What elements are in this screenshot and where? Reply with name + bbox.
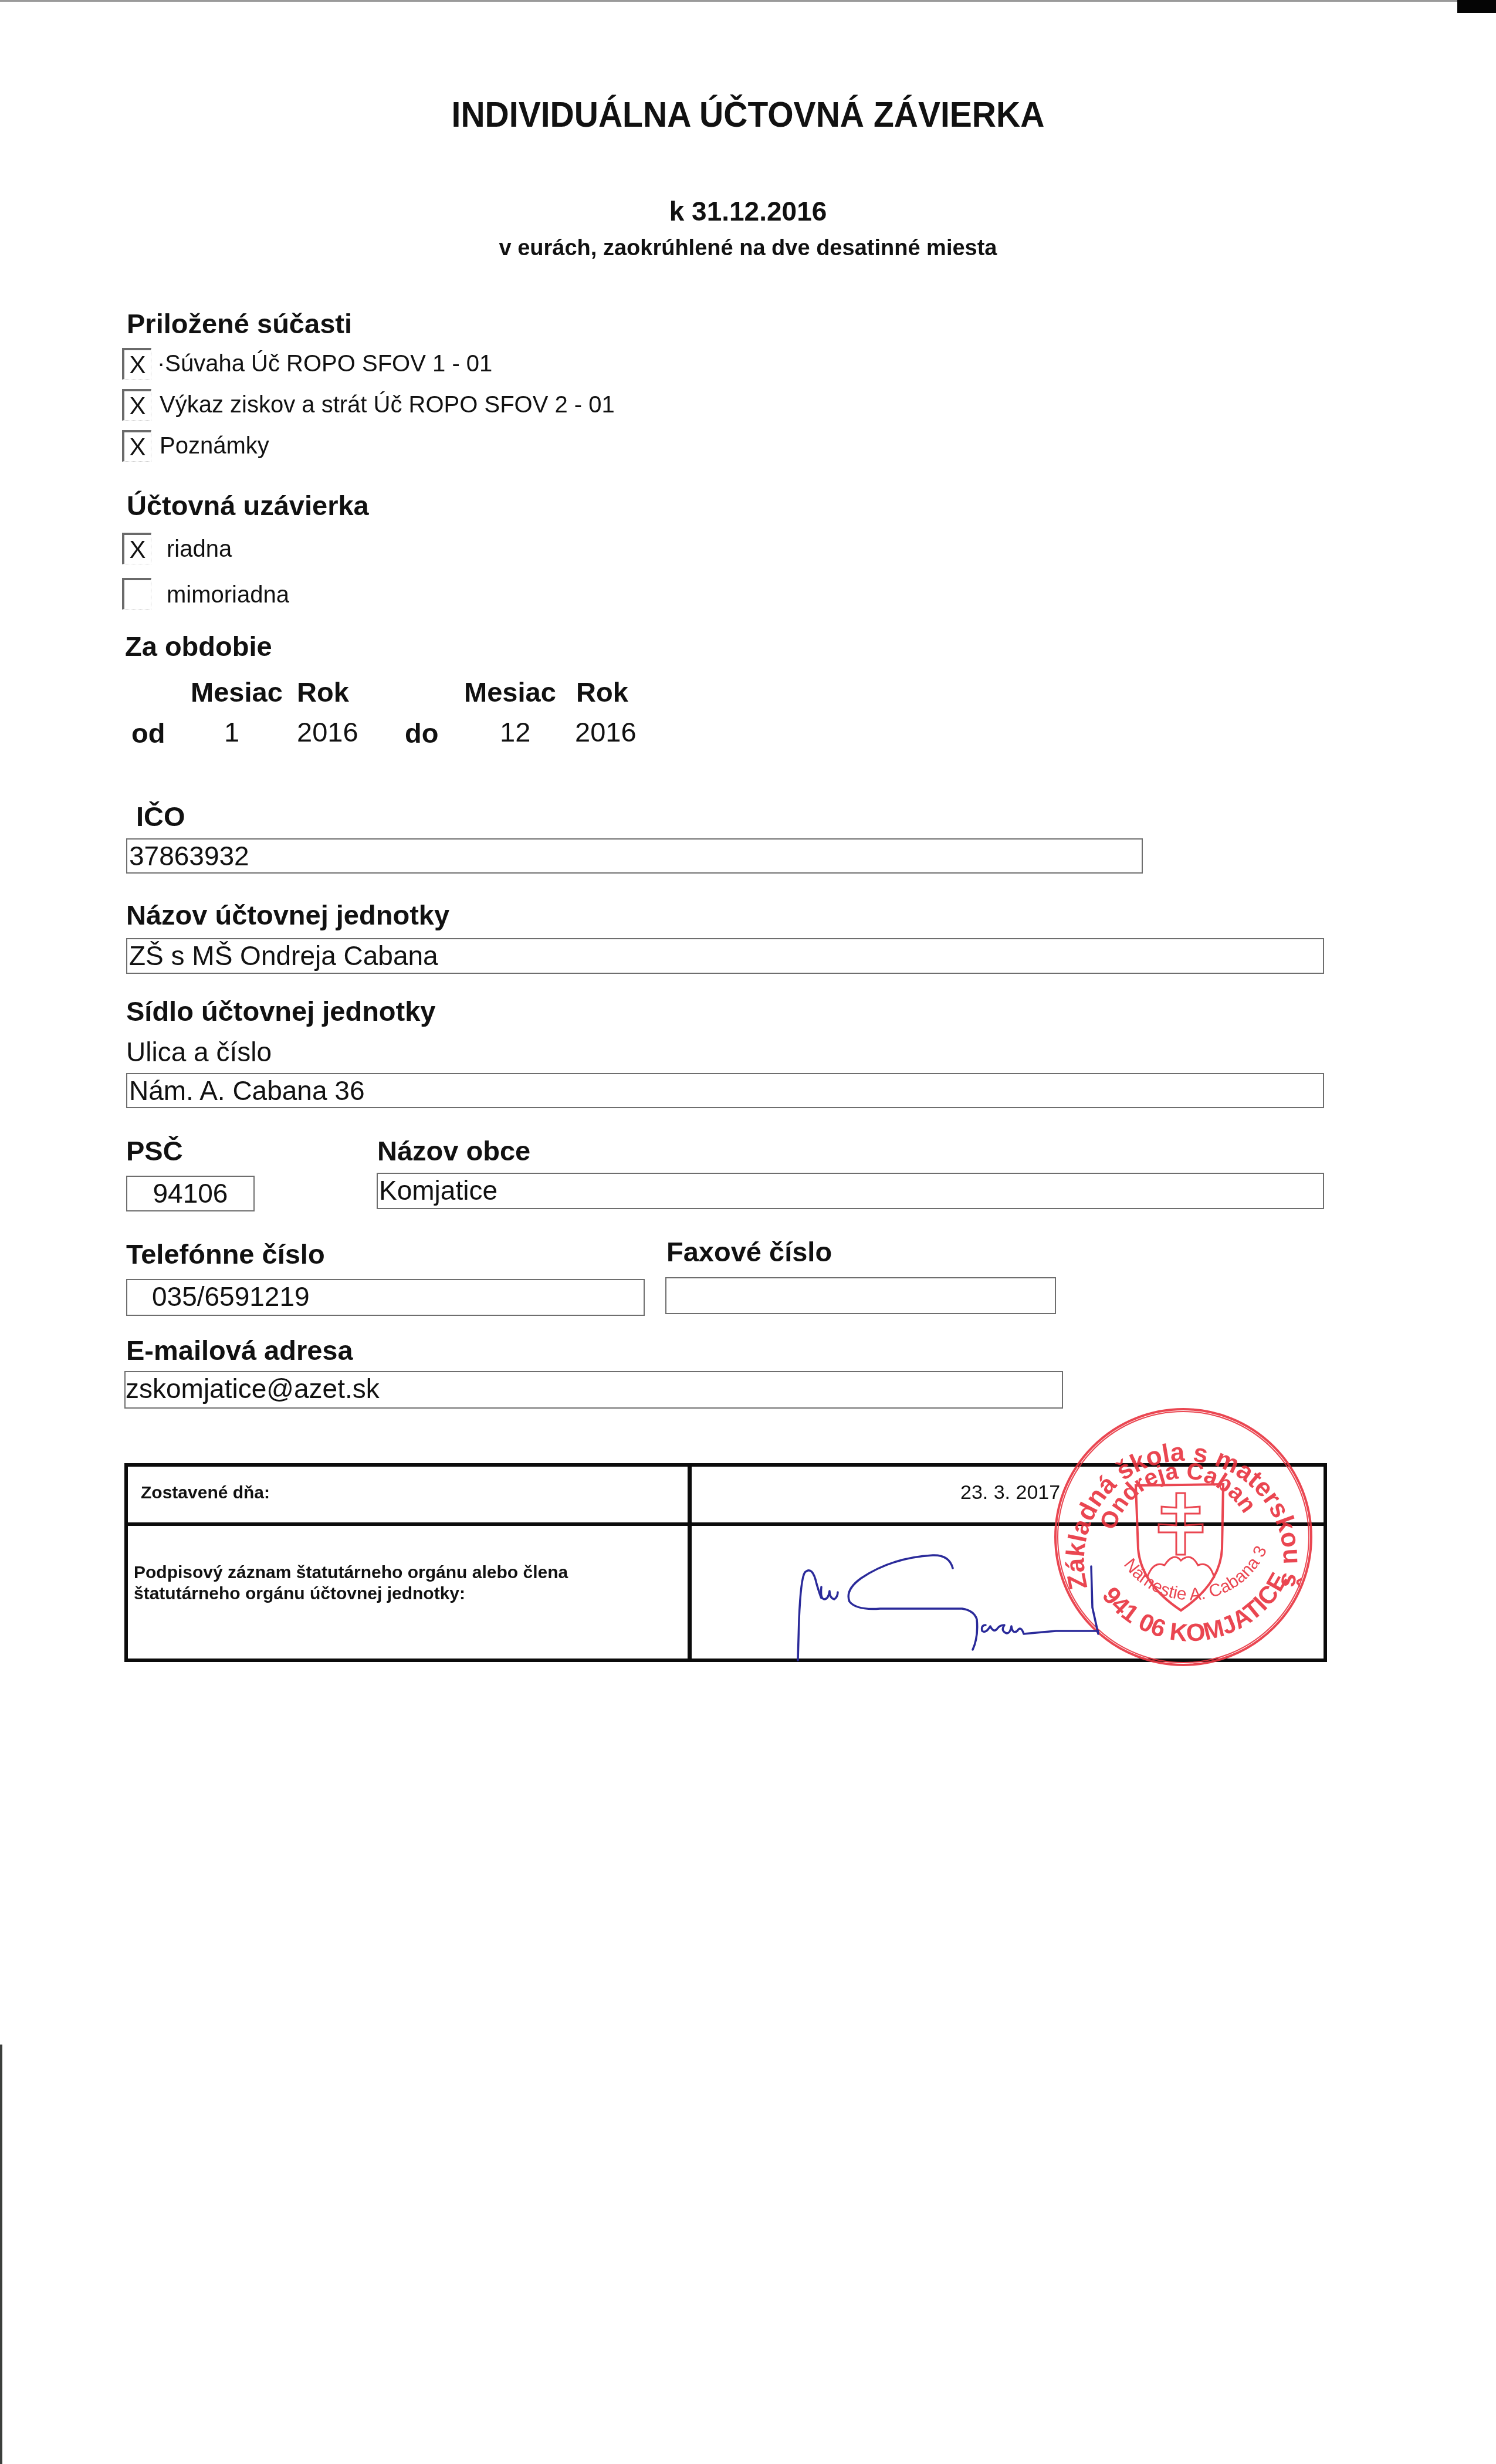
svg-text:Námestie A. Cabana 36: Námestie A. Cabana 36: [0, 0, 1271, 1605]
svg-text:Ondreja Cabana: Ondreja Cabana: [0, 0, 1261, 1533]
stamp-and-signature-layer: Základná škola s materskou školou Ondrej…: [0, 0, 1496, 2464]
svg-text:Základná škola s materskou ško: Základná škola s materskou školou: [0, 0, 1307, 1592]
handwritten-signature: [798, 1555, 1098, 1660]
svg-text:941 06 KOMJATICE: 941 06 KOMJATICE: [1097, 1568, 1292, 1647]
official-stamp: Základná škola s materskou školou Ondrej…: [0, 0, 1311, 1665]
